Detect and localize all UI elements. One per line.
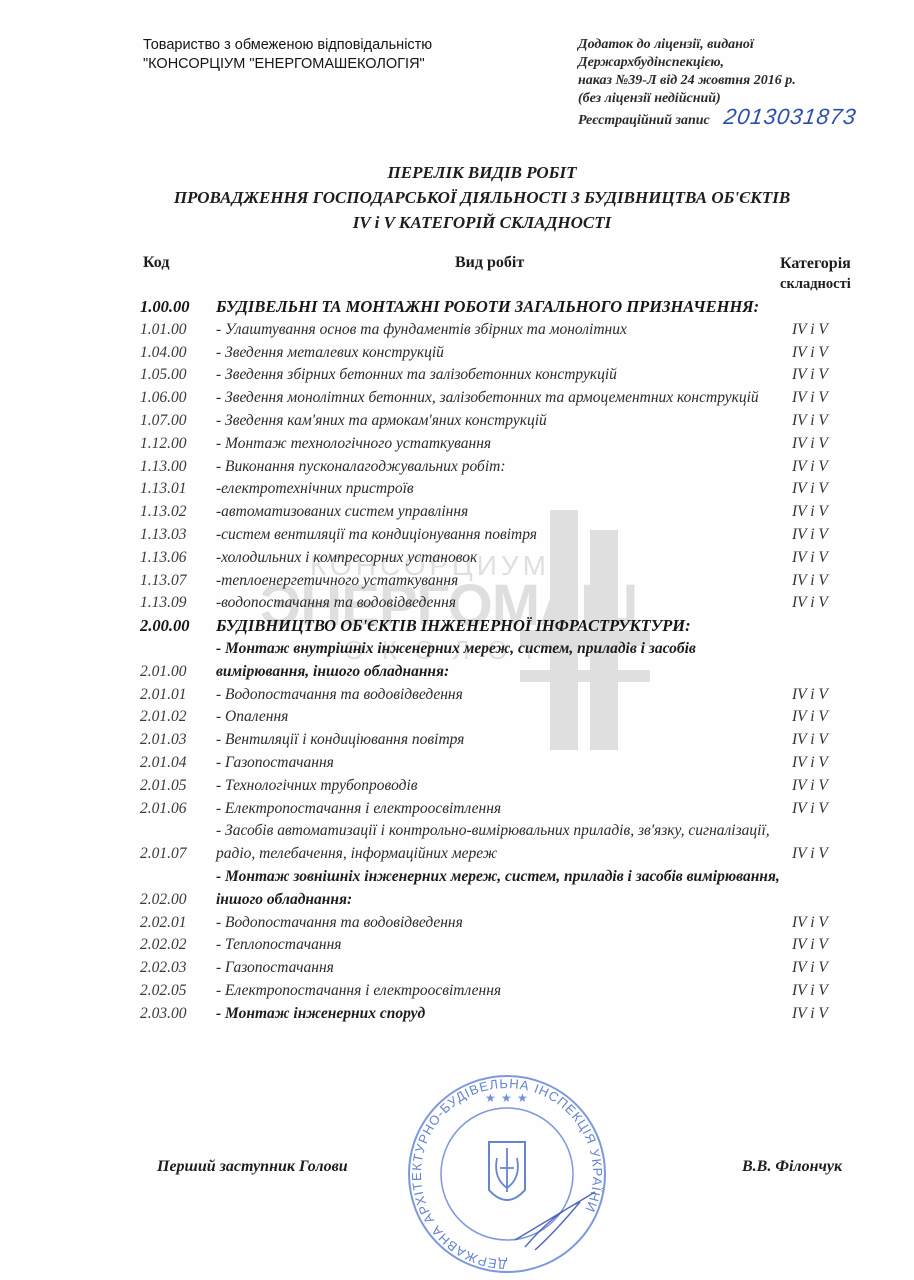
row-description: - Монтаж внутрішніх інженерних мереж, си… xyxy=(216,638,790,684)
company-line-1: Товариство з обмеженою відповідальністю xyxy=(143,36,432,55)
row-code: 2.02.00 xyxy=(140,889,216,912)
table-row: 2.02.05- Електропостачання і електроосві… xyxy=(140,980,860,1003)
row-description: - Монтаж зовнішніх інженерних мереж, сис… xyxy=(216,866,790,912)
row-description: -електротехнічних пристроїв xyxy=(216,478,790,501)
row-category: IV і V xyxy=(790,387,860,410)
signatory-position: Перший заступник Голови xyxy=(157,1158,348,1176)
license-line: Додаток до ліцензії, виданої xyxy=(578,36,856,54)
row-description: БУДІВНИЦТВО ОБ'ЄКТІВ ІНЖЕНЕРНОЇ ІНФРАСТР… xyxy=(216,615,860,638)
registry-number-handwritten: 2013031873 xyxy=(722,108,857,126)
work-types-table: 1.00.00БУДІВЕЛЬНІ ТА МОНТАЖНІ РОБОТИ ЗАГ… xyxy=(140,296,860,1026)
row-code: 2.01.07 xyxy=(140,843,216,866)
row-description: - Технологічних трубопроводів xyxy=(216,775,790,798)
row-description: - Зведення металевих конструкцій xyxy=(216,342,790,365)
row-description: - Улаштування основ та фундаментів збірн… xyxy=(216,319,790,342)
table-row: 2.01.03- Вентиляції і кондиціювання пові… xyxy=(140,729,860,752)
section-row: 1.00.00БУДІВЕЛЬНІ ТА МОНТАЖНІ РОБОТИ ЗАГ… xyxy=(140,296,860,319)
svg-text:★: ★ xyxy=(517,1091,528,1105)
row-code: 1.13.02 xyxy=(140,501,216,524)
table-row: 2.01.05- Технологічних трубопроводівIV і… xyxy=(140,775,860,798)
row-description: -систем вентиляції та кондиціонування по… xyxy=(216,524,790,547)
table-row: 2.02.00- Монтаж зовнішніх інженерних мер… xyxy=(140,866,860,912)
table-row: 2.01.04- ГазопостачанняIV і V xyxy=(140,752,860,775)
row-category: IV і V xyxy=(790,547,860,570)
row-category: IV і V xyxy=(790,501,860,524)
row-description: - Електропостачання і електроосвітлення xyxy=(216,980,790,1003)
column-header-code: Код xyxy=(143,254,169,272)
row-description: - Монтаж інженерних споруд xyxy=(216,1003,790,1026)
company-name-block: Товариство з обмеженою відповідальністю … xyxy=(143,36,432,74)
document-title: ПЕРЕЛІК ВИДІВ РОБІТ ПРОВАДЖЕННЯ ГОСПОДАР… xyxy=(0,160,914,235)
row-code: 2.01.02 xyxy=(140,706,216,729)
row-category: IV і V xyxy=(790,775,860,798)
table-row: 1.06.00- Зведення монолітних бетонних, з… xyxy=(140,387,860,410)
row-code: 1.06.00 xyxy=(140,387,216,410)
table-row: 1.13.07-теплоенергетичного устаткуванняI… xyxy=(140,570,860,593)
row-description: - Зведення збірних бетонних та залізобет… xyxy=(216,364,790,387)
row-code: 1.13.00 xyxy=(140,456,216,479)
row-code: 1.07.00 xyxy=(140,410,216,433)
row-category: IV і V xyxy=(790,524,860,547)
column-header-kind: Вид робіт xyxy=(455,254,524,272)
column-header-category-line1: Категорія xyxy=(780,254,851,274)
table-row: 2.01.00- Монтаж внутрішніх інженерних ме… xyxy=(140,638,860,684)
table-row: 2.01.07- Засобів автоматизації і контрол… xyxy=(140,820,860,866)
row-description: - Засобів автоматизації і контрольно-вим… xyxy=(216,820,790,866)
row-description: -холодильних і компресорних установок xyxy=(216,547,790,570)
row-category: IV і V xyxy=(790,957,860,980)
table-row: 2.02.02- ТеплопостачанняIV і V xyxy=(140,934,860,957)
row-category: IV і V xyxy=(790,433,860,456)
license-line: наказ №39-Л від 24 жовтня 2016 р. xyxy=(578,72,856,90)
row-category: IV і V xyxy=(790,456,860,479)
row-code: 2.03.00 xyxy=(140,1003,216,1026)
license-line: Держархбудінспекцією, xyxy=(578,54,856,72)
table-row: 1.13.02-автоматизованих систем управлінн… xyxy=(140,501,860,524)
row-code: 1.13.06 xyxy=(140,547,216,570)
table-row: 1.13.00- Виконання пусконалагоджувальних… xyxy=(140,456,860,479)
title-line-3: IV і V КАТЕГОРІЙ СКЛАДНОСТІ xyxy=(50,210,914,235)
table-row: 1.13.06-холодильних і компресорних устан… xyxy=(140,547,860,570)
row-category: IV і V xyxy=(790,684,860,707)
row-code: 1.04.00 xyxy=(140,342,216,365)
row-code: 2.01.05 xyxy=(140,775,216,798)
row-description: - Водопостачання та водовідведення xyxy=(216,912,790,935)
row-description: - Монтаж технологічного устаткування xyxy=(216,433,790,456)
row-category: IV і V xyxy=(790,592,860,615)
row-code: 1.00.00 xyxy=(140,296,216,319)
table-row: 1.04.00- Зведення металевих конструкційI… xyxy=(140,342,860,365)
row-code: 1.13.03 xyxy=(140,524,216,547)
row-category: IV і V xyxy=(790,570,860,593)
row-code: 2.01.06 xyxy=(140,798,216,821)
table-row: 1.13.09-водопостачання та водовідведення… xyxy=(140,592,860,615)
row-category: IV і V xyxy=(790,934,860,957)
table-row: 1.12.00- Монтаж технологічного устаткува… xyxy=(140,433,860,456)
row-category: IV і V xyxy=(790,729,860,752)
svg-text:★: ★ xyxy=(485,1091,496,1105)
row-description: - Газопостачання xyxy=(216,752,790,775)
row-description: БУДІВЕЛЬНІ ТА МОНТАЖНІ РОБОТИ ЗАГАЛЬНОГО… xyxy=(216,296,860,319)
row-description: - Вентиляції і кондиціювання повітря xyxy=(216,729,790,752)
row-code: 2.02.02 xyxy=(140,934,216,957)
row-category: IV і V xyxy=(790,342,860,365)
row-description: - Електропостачання і електроосвітлення xyxy=(216,798,790,821)
row-description: -водопостачання та водовідведення xyxy=(216,592,790,615)
row-description: -автоматизованих систем управління xyxy=(216,501,790,524)
row-category: IV і V xyxy=(790,410,860,433)
row-category: IV і V xyxy=(790,478,860,501)
row-code: 1.01.00 xyxy=(140,319,216,342)
row-code: 2.00.00 xyxy=(140,615,216,638)
row-code: 1.13.09 xyxy=(140,592,216,615)
table-row: 1.13.01-електротехнічних пристроївIV і V xyxy=(140,478,860,501)
table-row: 1.07.00- Зведення кам'яних та армокам'ян… xyxy=(140,410,860,433)
row-code: 2.01.03 xyxy=(140,729,216,752)
registry-row: Реєстраційний запис 2013031873 xyxy=(578,108,856,130)
column-header-category: Категорія складності xyxy=(780,254,851,294)
registry-label: Реєстраційний запис xyxy=(578,112,710,130)
title-line-2: ПРОВАДЖЕННЯ ГОСПОДАРСЬКОЇ ДІЯЛЬНОСТІ З Б… xyxy=(50,185,914,210)
row-description: - Газопостачання xyxy=(216,957,790,980)
row-category: IV і V xyxy=(790,364,860,387)
row-code: 1.13.01 xyxy=(140,478,216,501)
table-row: 2.01.01- Водопостачання та водовідведенн… xyxy=(140,684,860,707)
row-category: IV і V xyxy=(790,798,860,821)
row-code: 2.01.00 xyxy=(140,661,216,684)
row-category: IV і V xyxy=(790,1003,860,1026)
row-code: 2.02.05 xyxy=(140,980,216,1003)
row-description: - Водопостачання та водовідведення xyxy=(216,684,790,707)
table-row: 1.01.00- Улаштування основ та фундаменті… xyxy=(140,319,860,342)
table-row: 1.05.00- Зведення збірних бетонних та за… xyxy=(140,364,860,387)
section-row: 2.00.00БУДІВНИЦТВО ОБ'ЄКТІВ ІНЖЕНЕРНОЇ І… xyxy=(140,615,860,638)
row-description: - Зведення кам'яних та армокам'яних конс… xyxy=(216,410,790,433)
row-description: - Опалення xyxy=(216,706,790,729)
table-row: 2.01.06- Електропостачання і електроосві… xyxy=(140,798,860,821)
row-description: -теплоенергетичного устаткування xyxy=(216,570,790,593)
row-code: 2.02.01 xyxy=(140,912,216,935)
row-code: 2.01.04 xyxy=(140,752,216,775)
table-row: 2.02.01- Водопостачання та водовідведенн… xyxy=(140,912,860,935)
signatory-name: В.В. Філончук xyxy=(742,1158,842,1176)
row-category: IV і V xyxy=(790,319,860,342)
table-row: 2.02.03- ГазопостачанняIV і V xyxy=(140,957,860,980)
row-description: - Виконання пусконалагоджувальних робіт: xyxy=(216,456,790,479)
svg-text:★: ★ xyxy=(501,1091,512,1105)
column-header-category-line2: складності xyxy=(780,274,851,294)
row-category: IV і V xyxy=(790,706,860,729)
table-row: 2.03.00- Монтаж інженерних спорудIV і V xyxy=(140,1003,860,1026)
row-code: 1.05.00 xyxy=(140,364,216,387)
table-row: 2.01.02- ОпаленняIV і V xyxy=(140,706,860,729)
title-line-1: ПЕРЕЛІК ВИДІВ РОБІТ xyxy=(50,160,914,185)
row-category: IV і V xyxy=(790,912,860,935)
row-code: 1.13.07 xyxy=(140,570,216,593)
row-category: IV і V xyxy=(790,752,860,775)
row-category: IV і V xyxy=(790,843,860,866)
official-stamp-icon: ДЕРЖАВНА АРХІТЕКТУРНО-БУДІВЕЛЬНА ІНСПЕКЦ… xyxy=(405,1072,610,1277)
row-code: 2.02.03 xyxy=(140,957,216,980)
license-note-block: Додаток до ліцензії, виданої Держархбуді… xyxy=(578,36,856,130)
company-line-2: "КОНСОРЦІУМ "ЕНЕРГОМАШЕКОЛОГІЯ" xyxy=(143,55,432,74)
license-appendix-page: Товариство з обмеженою відповідальністю … xyxy=(0,0,914,1280)
row-code: 1.12.00 xyxy=(140,433,216,456)
table-row: 1.13.03-систем вентиляції та кондиціонув… xyxy=(140,524,860,547)
row-description: - Теплопостачання xyxy=(216,934,790,957)
row-category: IV і V xyxy=(790,980,860,1003)
row-code: 2.01.01 xyxy=(140,684,216,707)
row-description: - Зведення монолітних бетонних, залізобе… xyxy=(216,387,790,410)
